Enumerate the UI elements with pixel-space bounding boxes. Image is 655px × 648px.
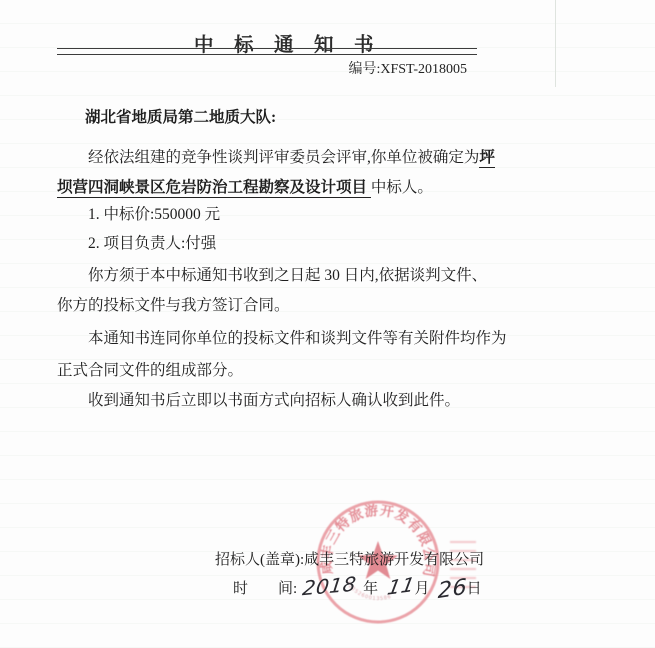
handwritten-year: 2018 [302, 577, 358, 597]
date-label: 时 间: [233, 581, 297, 597]
award-text-end: 中标人。 [371, 179, 433, 196]
handwritten-month: 11 [386, 577, 416, 596]
paragraph-attachments-line1: 本通知书连同你单位的投标文件和谈判文件等有关附件均作为 [57, 328, 518, 349]
item-bid-price: 1. 中标价:550000 元 [57, 204, 518, 225]
date-line: 时 间:2018年11月26日 [233, 577, 482, 598]
scan-line-artifact [555, 0, 556, 87]
day-unit: 日 [467, 581, 482, 597]
recipient-line: 湖北省地质局第二地质大队: [57, 107, 515, 128]
paragraph-award-line2: 坝营四洞峡景区危岩防治工程勘察及设计项目 中标人。 [57, 177, 487, 198]
month-unit: 月 [415, 581, 430, 597]
paragraph-confirm-receipt: 收到通知书后立即以书面方式向招标人确认收到此件。 [57, 390, 518, 411]
paragraph-contract-line1: 你方须于本中标通知书收到之日起 30 日内,依据谈判文件、 [57, 265, 518, 286]
paragraph-attachments-line2: 正式合同文件的组成部分。 [57, 360, 487, 381]
bidder-seal-line: 招标人(盖章):咸丰三特旅游开发有限公司 [215, 548, 484, 569]
scanned-document-page: 中标通知书 编号:XFST-2018005 湖北省地质局第二地质大队: 经依法组… [0, 0, 655, 648]
award-text: 经依法组建的竞争性谈判评审委员会评审,你单位被确定为 [88, 149, 479, 166]
handwritten-day: 26 [437, 580, 467, 599]
item-project-manager: 2. 项目负责人:付强 [57, 233, 518, 254]
project-name-part2: 坝营四洞峡景区危岩防治工程勘察及设计项目 [57, 179, 371, 198]
paragraph-award-line1: 经依法组建的竞争性谈判评审委员会评审,你单位被确定为坪 [57, 147, 518, 168]
paragraph-contract-line2: 你方的投标文件与我方签订合同。 [57, 295, 487, 316]
year-unit: 年 [363, 581, 378, 597]
project-name-part1: 坪 [479, 149, 495, 168]
doc-number: 编号:XFST-2018005 [297, 58, 467, 78]
title-divider [57, 48, 477, 55]
